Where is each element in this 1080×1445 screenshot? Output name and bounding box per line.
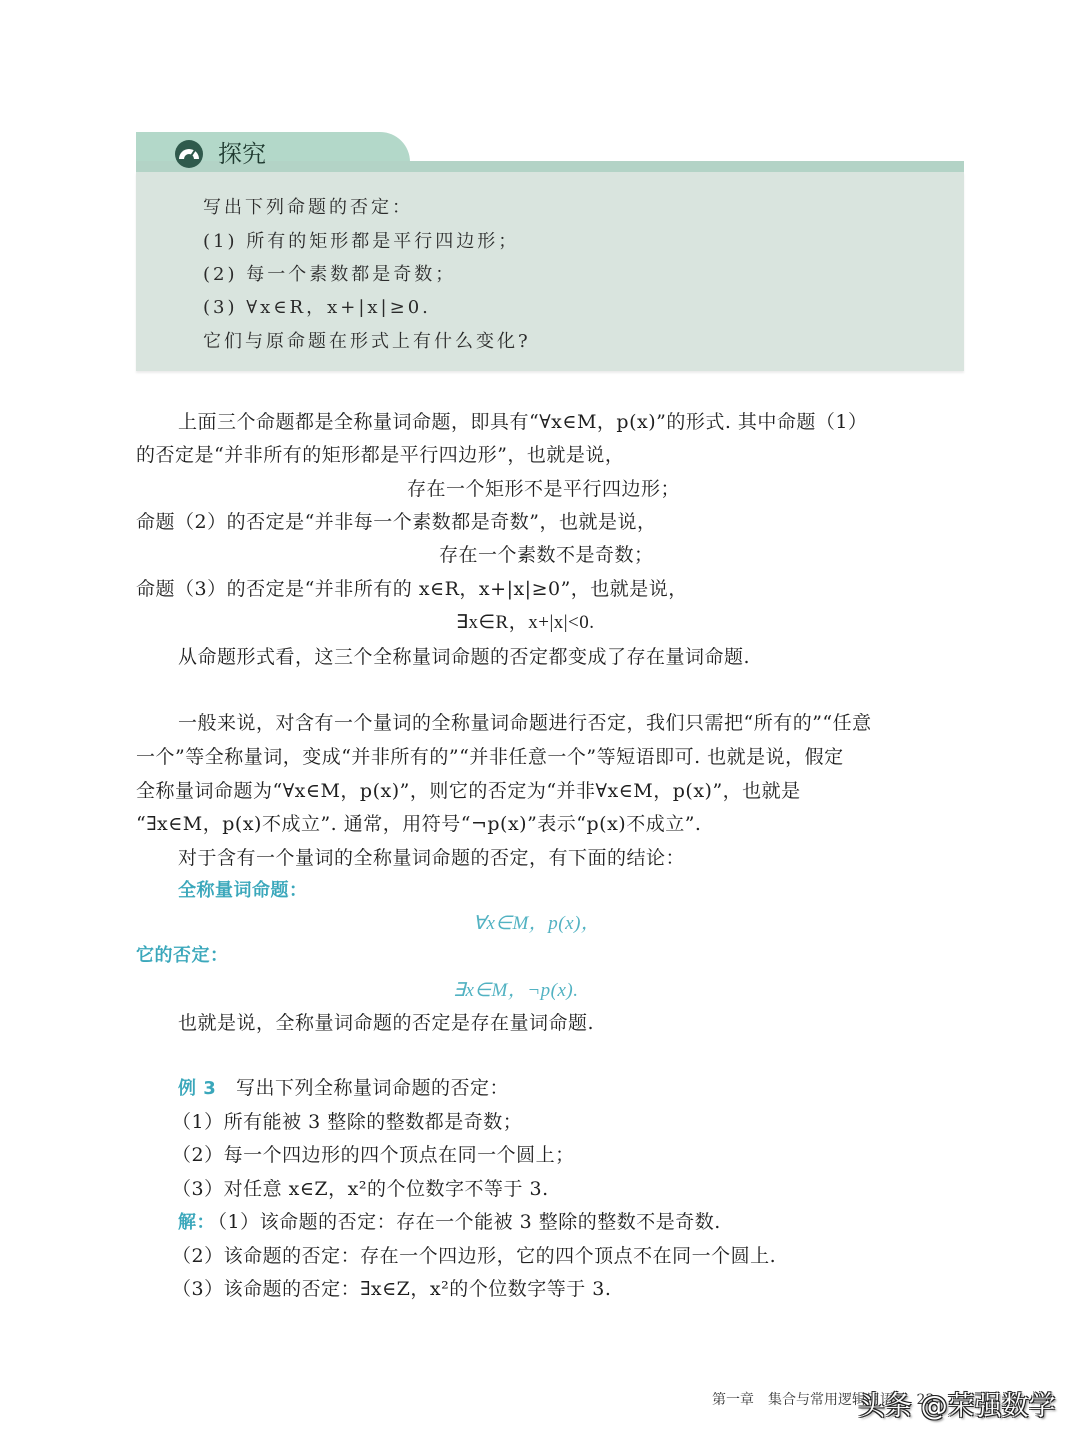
paragraph-line: 一般来说，对含有一个量词的全称量词命题进行否定，我们只需把“所有的”“任意 [178, 708, 872, 735]
centered-statement: 存在一个矩形不是平行四边形； [407, 474, 680, 501]
paragraph-line: 一个”等全称量词，变成“并非所有的”“并非任意一个”等短语即可. 也就是说，假定 [136, 742, 844, 769]
negation-label: 它的否定： [136, 941, 229, 967]
explore-line: (1) 所有的矩形都是平行四边形； [203, 227, 519, 253]
explore-line: 它们与原命题在形式上有什么变化? [203, 327, 531, 353]
paragraph-line: 上面三个命题都是全称量词命题，即具有“∀x∈M，p(x)”的形式. 其中命题（1… [178, 407, 868, 434]
explore-line: 写出下列命题的否定： [203, 193, 413, 219]
gauge-icon [174, 139, 204, 169]
example-item: （2）每一个四边形的四个顶点在同一个圆上； [172, 1140, 575, 1167]
solution-item: （3）该命题的否定：∃x∈Z，x²的个位数字等于 3. [172, 1274, 611, 1301]
example-item: （3）对任意 x∈Z，x²的个位数字不等于 3. [172, 1174, 549, 1201]
paragraph-line: 命题（2）的否定是“并非每一个素数都是奇数”，也就是说， [136, 507, 657, 534]
universal-label: 全称量词命题： [178, 876, 308, 902]
explore-title: 探究 [218, 139, 266, 169]
paragraph-line: 的否定是“并非所有的矩形都是平行四边形”，也就是说， [136, 440, 624, 467]
example-item: （1）所有能被 3 整除的整数都是奇数； [172, 1107, 522, 1134]
explore-line: (3) ∀x∈R，x+|x|≥0. [203, 293, 431, 319]
explore-line: (2) 每一个素数都是奇数； [203, 260, 456, 286]
paragraph-line: 从命题形式看，这三个全称量词命题的否定都变成了存在量词命题. [178, 642, 750, 669]
paragraph-line: 全称量词命题为“∀x∈M，p(x)”，则它的否定为“并非∀x∈M，p(x)”，也… [136, 776, 801, 803]
paragraph-line: 命题（3）的否定是“并非所有的 x∈R，x+|x|≥0”，也就是说， [136, 574, 688, 601]
negation-formula: ∃x∈M，¬p(x). [453, 975, 578, 1002]
paragraph-line: 对于含有一个量词的全称量词命题的否定，有下面的结论： [178, 843, 685, 870]
example-prompt: 写出下列全称量词命题的否定： [236, 1073, 509, 1100]
paragraph-line: “∃x∈M，p(x)不成立”. 通常，用符号“¬p(x)”表示“p(x)不成立”… [136, 809, 701, 836]
centered-formula: ∃x∈R，x+|x|<0. [456, 607, 595, 634]
universal-formula: ∀x∈M，p(x)， [473, 908, 600, 935]
example-label: 例 3 [178, 1074, 216, 1100]
centered-statement: 存在一个素数不是奇数； [439, 540, 654, 567]
solution-item: （1）该命题的否定：存在一个能被 3 整除的整数不是奇数. [208, 1207, 721, 1234]
watermark: 头条 @荣强数学 [858, 1384, 1056, 1423]
paragraph-line: 也就是说，全称量词命题的否定是存在量词命题. [178, 1008, 594, 1035]
solution-item: （2）该命题的否定：存在一个四边形，它的四个顶点不在同一个圆上. [172, 1241, 776, 1268]
